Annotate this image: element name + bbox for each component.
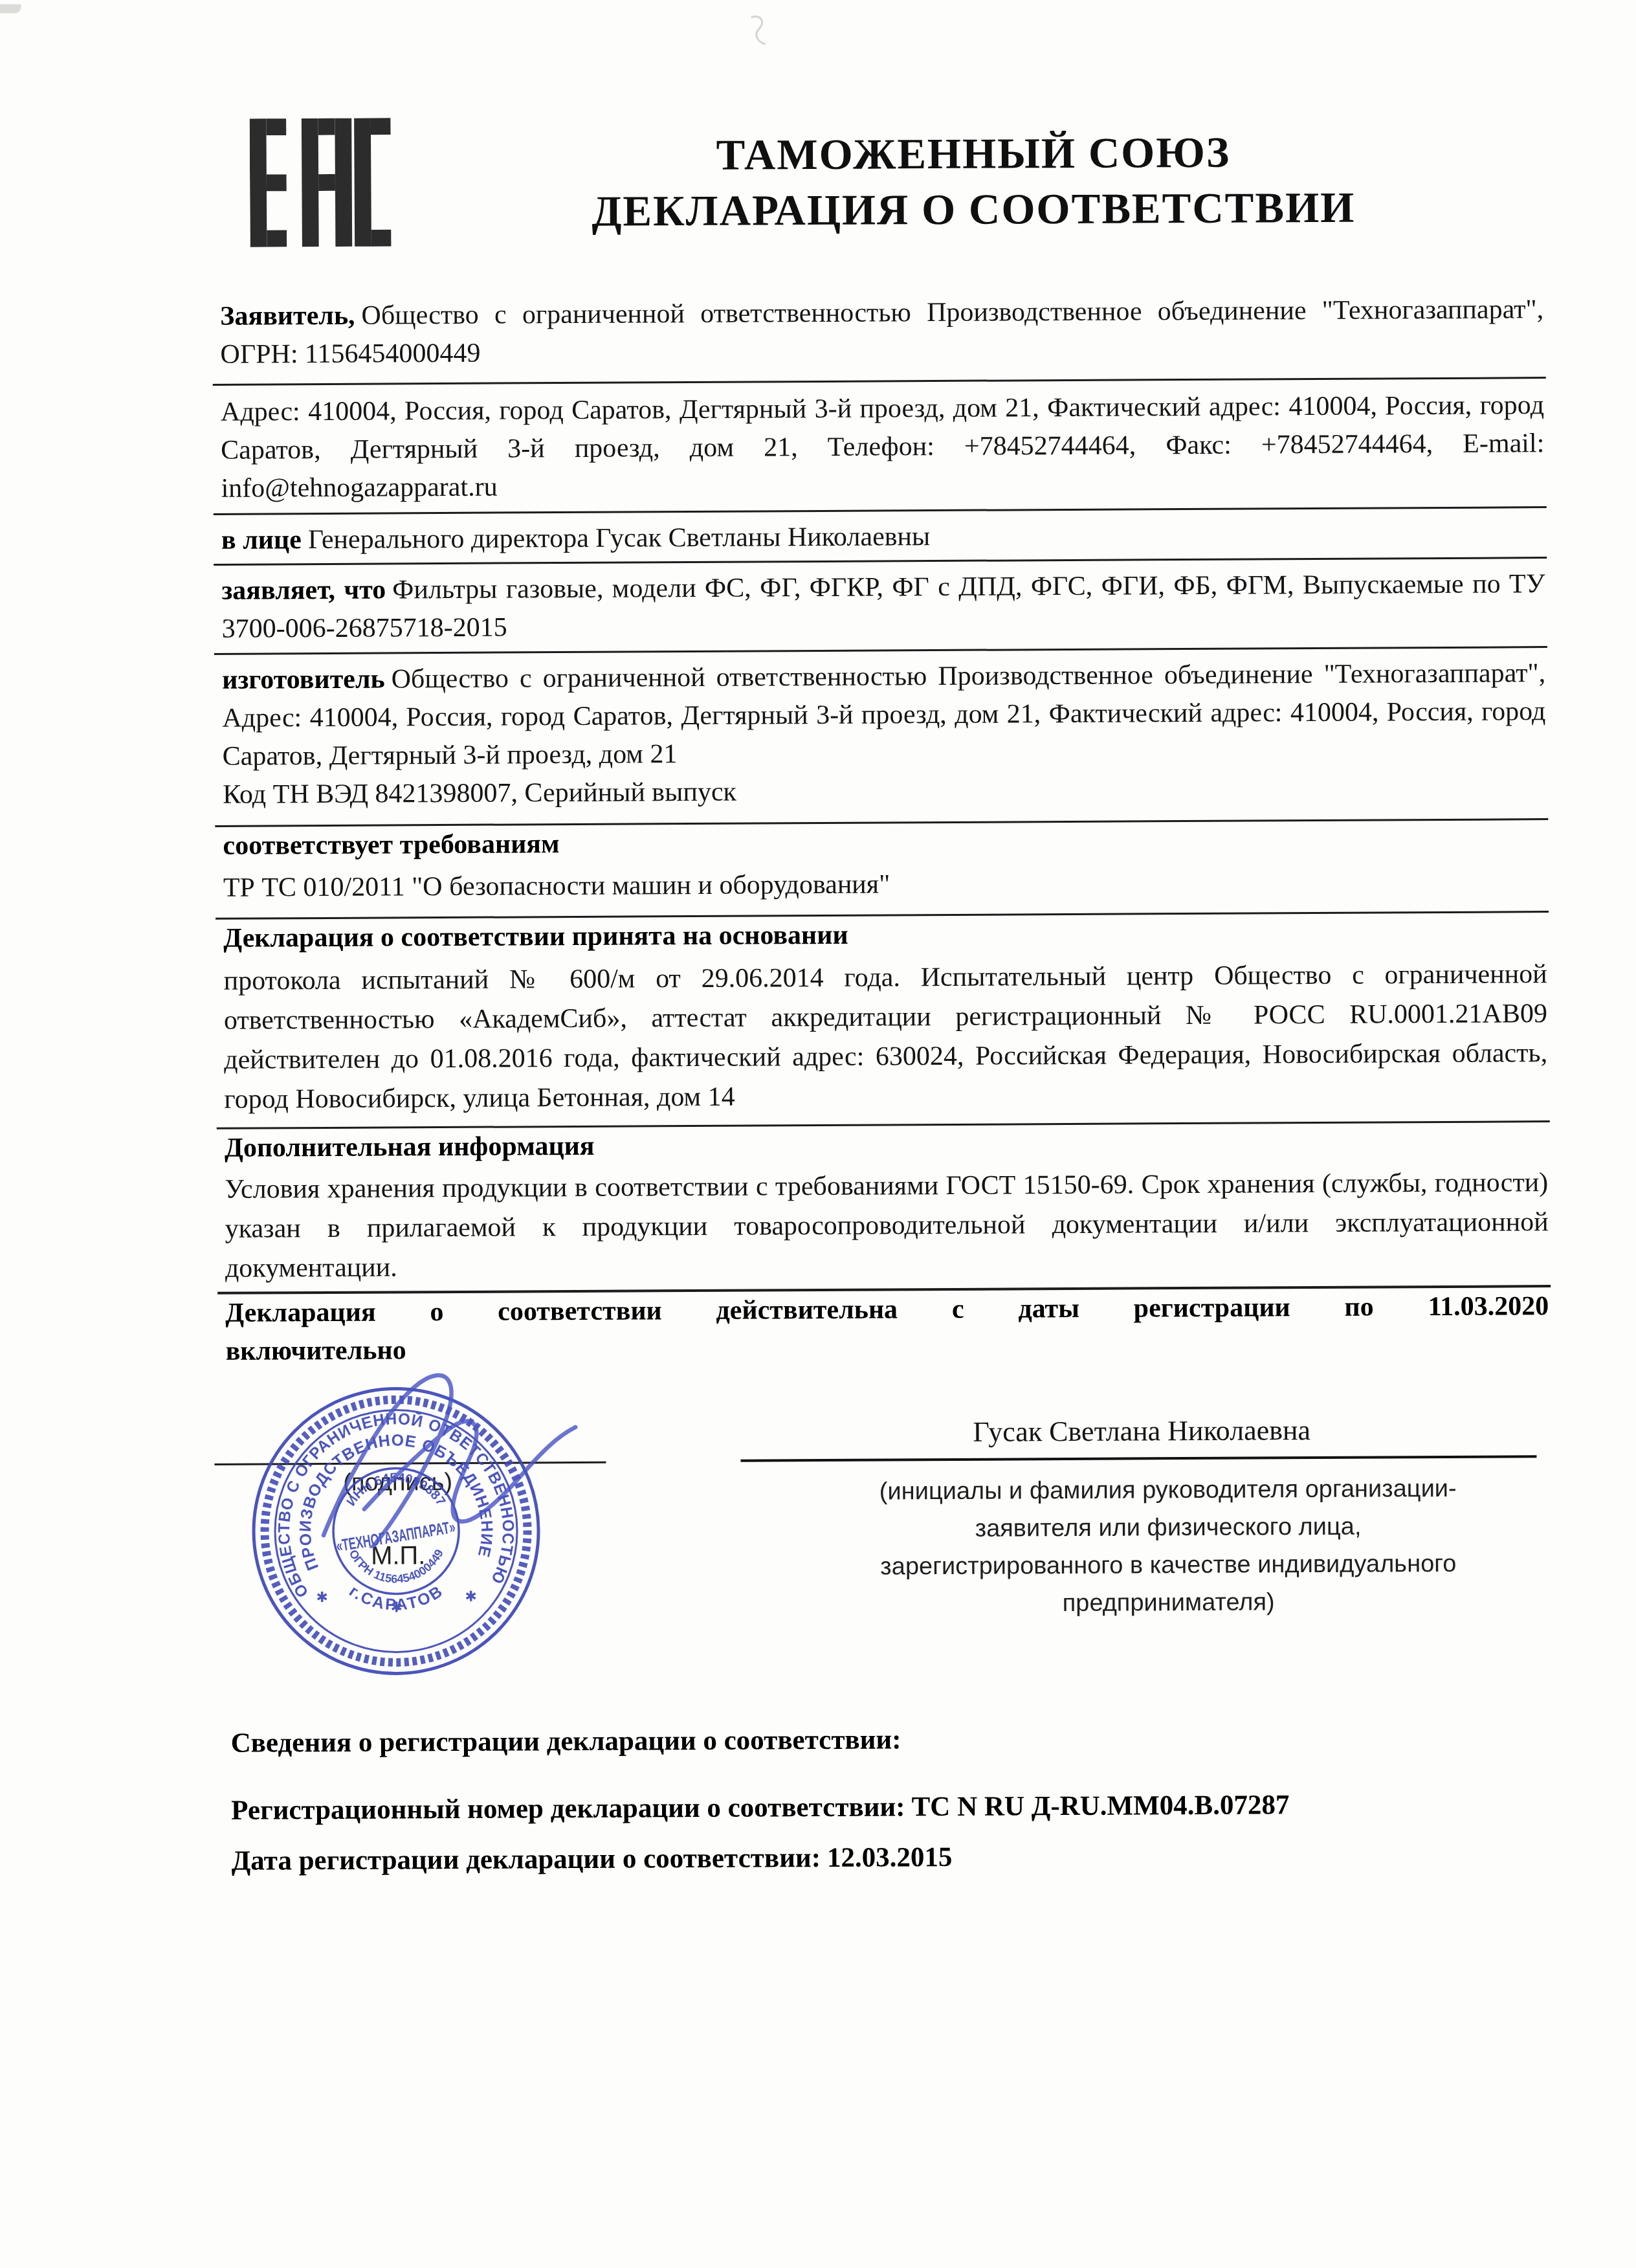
tnved-line: Код ТН ВЭД 8421398007, Серийный выпуск bbox=[223, 769, 1546, 814]
basis-text: протокола испытаний № 600/м от 29.06.201… bbox=[223, 955, 1547, 1120]
registration-date-value: 12.03.2015 bbox=[827, 1842, 953, 1873]
signatory-name: Гусак Светлана Николаевна bbox=[818, 1412, 1465, 1451]
validity-line-1: Декларация о соответствии действительна … bbox=[225, 1287, 1549, 1333]
registration-number-value: ТС N RU Д-RU.ММ04.В.07287 bbox=[911, 1790, 1289, 1822]
registration-date-label: Дата регистрации декларации о соответств… bbox=[232, 1843, 827, 1876]
declaration-document: ТАМОЖЕННЫЙ СОЮЗ ДЕКЛАРАЦИЯ О СООТВЕТСТВИ… bbox=[0, 0, 1636, 2268]
signatory-caption: (инициалы и фамилия руководителя организ… bbox=[864, 1470, 1473, 1623]
applicant-paragraph: Заявитель,Общество с ограниченной ответс… bbox=[220, 291, 1544, 374]
compliance-header: соответствует требованиям bbox=[223, 820, 1546, 865]
represented-paragraph: в лицеГенерального директора Гусак Светл… bbox=[221, 515, 1545, 560]
scanned-sheet: ТАМОЖЕННЫЙ СОЮЗ ДЕКЛАРАЦИЯ О СООТВЕТСТВИ… bbox=[0, 0, 1636, 2268]
title-line-2: ДЕКЛАРАЦИЯ О СООТВЕТСТВИИ bbox=[449, 179, 1498, 239]
compliance-text: ТР ТС 010/2011 "О безопасности машин и о… bbox=[223, 862, 1547, 907]
divider bbox=[213, 377, 1546, 386]
document-title: ТАМОЖЕННЫЙ СОЮЗ ДЕКЛАРАЦИЯ О СООТВЕТСТВИ… bbox=[449, 123, 1498, 239]
additional-text: Условия хранения продукции в соответстви… bbox=[225, 1163, 1549, 1289]
handwritten-signature bbox=[287, 1346, 612, 1549]
scan-artifact-corner bbox=[0, 4, 21, 13]
registration-date-line: Дата регистрации декларации о соответств… bbox=[232, 1836, 1555, 1880]
title-line-1: ТАМОЖЕННЫЙ СОЮЗ bbox=[449, 123, 1498, 184]
eac-logo-icon bbox=[250, 113, 392, 251]
represented-label: в лице bbox=[221, 525, 308, 555]
applicant-label: Заявитель, bbox=[220, 301, 362, 331]
registration-header: Сведения о регистрации декларации о соот… bbox=[231, 1718, 1554, 1762]
document-body: Заявитель,Общество с ограниченной ответс… bbox=[220, 291, 1549, 1371]
divider bbox=[214, 506, 1547, 515]
registration-info: Сведения о регистрации декларации о соот… bbox=[231, 1718, 1555, 1880]
manufacturer-label: изготовитель bbox=[222, 664, 392, 695]
signature-line-right bbox=[740, 1455, 1536, 1462]
additional-header: Дополнительная информация bbox=[225, 1122, 1548, 1168]
applicant-text: Общество с ограниченной ответственностью… bbox=[220, 295, 1543, 370]
manufacturer-text: Общество с ограниченной ответственностью… bbox=[222, 658, 1545, 772]
address-paragraph: Адрес: 410004, Россия, город Саратов, Де… bbox=[221, 386, 1545, 508]
stamp-asterisk-left: ✱ bbox=[316, 1589, 328, 1605]
represented-text: Генерального директора Гусак Светланы Ни… bbox=[308, 522, 931, 555]
stamp-ogrn-text: ОГРН 1156454000449 bbox=[346, 1547, 446, 1586]
declares-paragraph: заявляет, чтоФильтры газовые, модели ФС,… bbox=[221, 565, 1545, 649]
declares-label: заявляет, что bbox=[221, 575, 392, 605]
scan-artifact-mark bbox=[740, 12, 779, 50]
stamp-asterisk-center: ✱ bbox=[390, 1599, 403, 1615]
registration-number-line: Регистрационный номер декларации о соотв… bbox=[231, 1785, 1554, 1830]
manufacturer-paragraph: изготовительОбщество с ограниченной отве… bbox=[222, 654, 1546, 776]
basis-header: Декларация о соответствии принята на осн… bbox=[223, 913, 1547, 958]
registration-number-label: Регистрационный номер декларации о соотв… bbox=[231, 1792, 912, 1826]
svg-text:ОГРН 1156454000449: ОГРН 1156454000449 bbox=[346, 1547, 446, 1586]
stamp-asterisk-right: ✱ bbox=[465, 1588, 477, 1605]
declares-text: Фильтры газовые, модели ФС, ФГ, ФГКР, ФГ… bbox=[222, 569, 1545, 644]
